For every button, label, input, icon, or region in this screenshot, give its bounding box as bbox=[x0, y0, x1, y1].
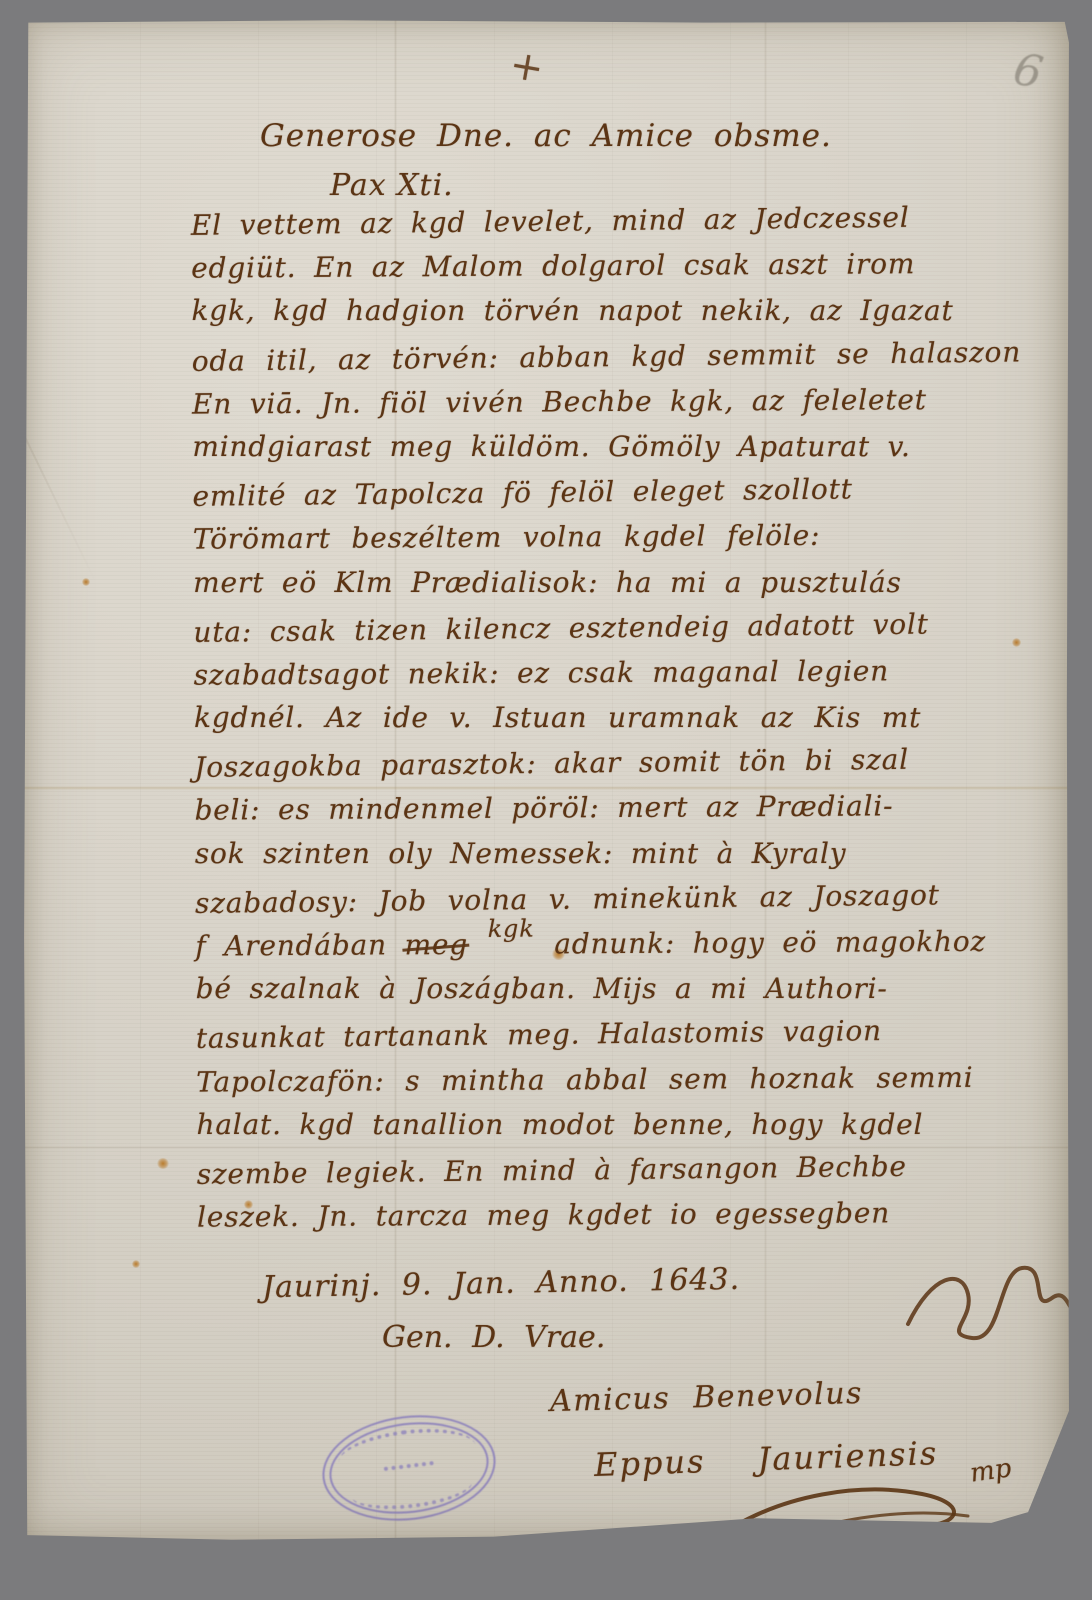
body-line: edgiüt. En az Malom dolgarol csak aszt i… bbox=[191, 247, 1049, 297]
body-line: sok szinten oly Nemessek: mint à Kyraly bbox=[195, 837, 1053, 882]
body-line: kgdnél. Az ide v. Istuan uramnak az Kis … bbox=[194, 701, 1052, 746]
valediction: Gen. D. Vrae. bbox=[382, 1320, 605, 1355]
body-line: bé szalnak à Joszágban. Mijs a mi Author… bbox=[196, 972, 1054, 1017]
body-line: halat. kgd tanallion modot benne, hogy k… bbox=[196, 1108, 1054, 1153]
body-line: szabadosy: Job volna v. minekünk az Josz… bbox=[195, 877, 1053, 932]
foxing-spot bbox=[132, 1260, 140, 1268]
inserted-word: kgk bbox=[488, 915, 535, 943]
body-line: leszek. Jn. tarcza meg kgdet io egessegb… bbox=[197, 1195, 1055, 1245]
body-line-with-correction: f Arendában meg kgk adnunk: hogy eö mago… bbox=[195, 924, 1053, 974]
ink-blot bbox=[971, 1520, 1003, 1550]
body-line: Tapolczafön: s mintha abbal sem hoznak s… bbox=[196, 1060, 1054, 1110]
cross-mark: + bbox=[506, 41, 547, 92]
body-line: En viā. Jn. fiöl vivén Bechbe kgk, az fe… bbox=[192, 382, 1050, 432]
foxing-spot bbox=[157, 1158, 169, 1169]
archive-stamp bbox=[316, 1406, 501, 1530]
dateline: Jaurinj. 9. Jan. Anno. 1643. bbox=[262, 1262, 741, 1305]
salutation: Generose Dne. ac Amice obsme. bbox=[260, 118, 832, 154]
pen-flourish bbox=[902, 1254, 1082, 1364]
body-line: El vettem az kgd levelet, mind az Jedcze… bbox=[191, 199, 1049, 254]
signature: Eppus Jauriensis bbox=[593, 1434, 938, 1484]
body-line: mert eö Klm Prædialisok: ha mi a pusztul… bbox=[193, 566, 1051, 611]
body-line: szembe legiek. En mind à farsangon Bechb… bbox=[197, 1148, 1055, 1203]
body-line: tasunkat tartanank meg. Halastomis vagio… bbox=[196, 1013, 1054, 1068]
body-line: kgk, kgd hadgion törvén napot nekik, az … bbox=[192, 294, 1050, 339]
pencil-foliation-mark: 6 bbox=[1009, 44, 1047, 100]
correction-post: adnunk: hogy eö magokhoz bbox=[554, 925, 986, 961]
letter-page: + 6 Generose Dne. ac Amice obsme. Pax Xt… bbox=[22, 18, 1070, 1552]
closing-formula: Amicus Benevolus bbox=[550, 1376, 864, 1419]
foxing-spot bbox=[82, 578, 90, 586]
body-line: Törömart beszéltem volna kgdel felöle: bbox=[193, 518, 1051, 568]
body-line: szabadtsagot nekik: ez csak maganal legi… bbox=[194, 653, 1052, 703]
signature-flourish bbox=[712, 1464, 1012, 1564]
body-line: Joszagokba parasztok: akar somit tön bi … bbox=[194, 741, 1052, 796]
scanned-letter-scene: + 6 Generose Dne. ac Amice obsme. Pax Xt… bbox=[0, 0, 1092, 1600]
body-line: emlité az Tapolcza fö felöl eleget szoll… bbox=[192, 470, 1050, 525]
signature-paraph-mp: mp bbox=[968, 1453, 1013, 1488]
body-line: oda itil, az törvén: abban kgd semmit se… bbox=[192, 335, 1050, 390]
body-line: uta: csak tizen kilencz esztendeig adato… bbox=[193, 606, 1051, 661]
body-line: beli: es mindenmel pöröl: mert az Prædia… bbox=[194, 789, 1052, 839]
body-line: mindgiarast meg küldöm. Gömöly Apaturat … bbox=[192, 430, 1050, 475]
greeting: Pax Xti. bbox=[330, 168, 454, 203]
fold-crease-diagonal bbox=[0, 349, 97, 584]
correction-pre: f Arendában bbox=[195, 928, 387, 962]
struck-word: meg bbox=[404, 928, 468, 961]
letter-body: El vettem az kgd levelet, mind az Jedcze… bbox=[191, 201, 1055, 1246]
